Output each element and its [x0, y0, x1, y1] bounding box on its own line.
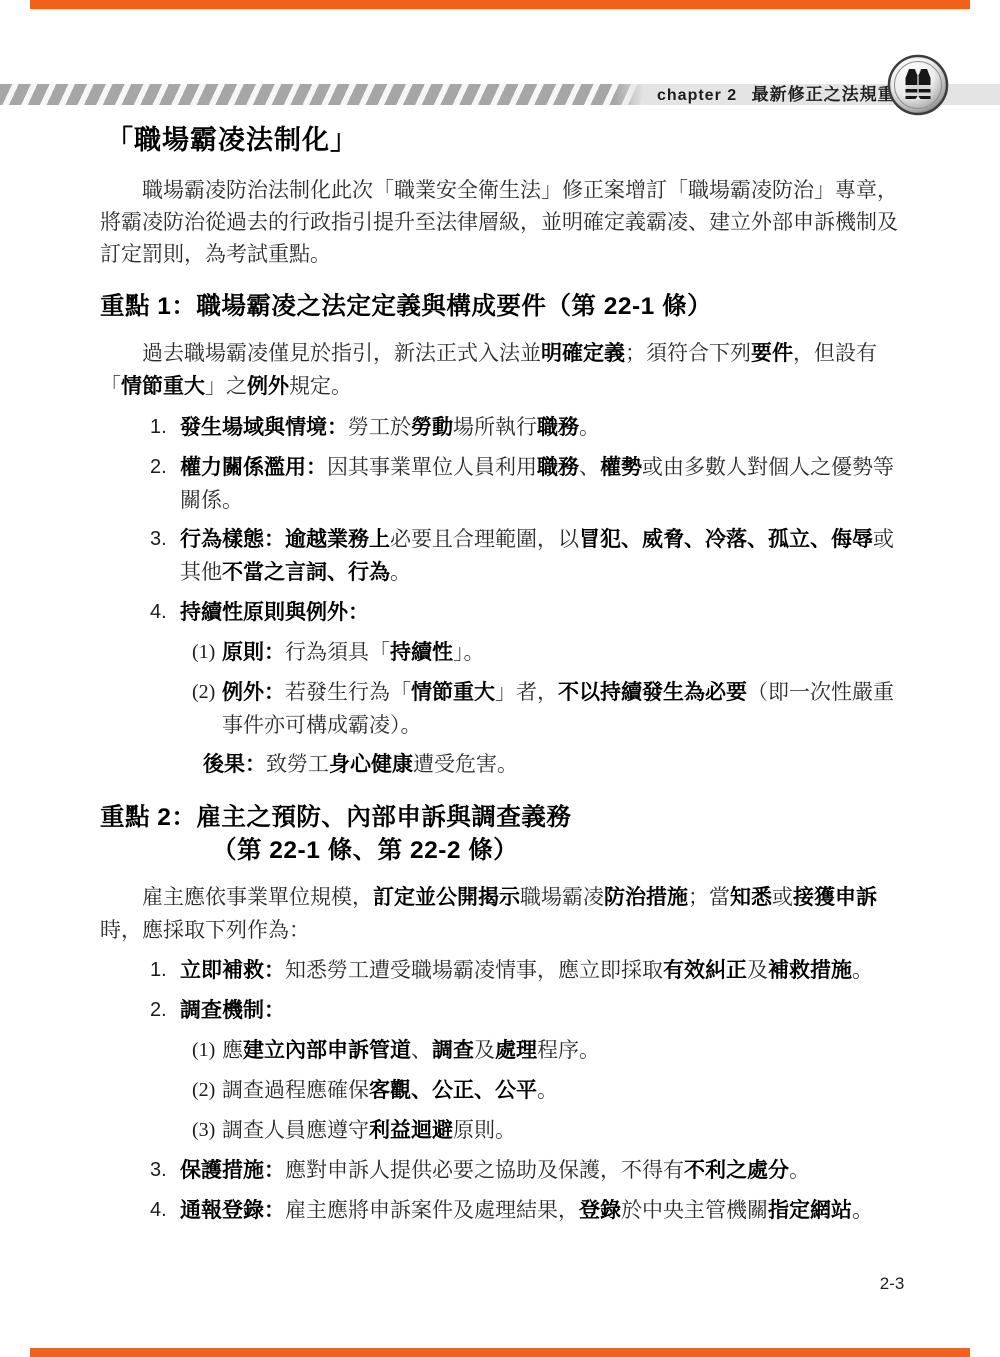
sub-list-item: (3)調查人員應遵守利益迴避原則。	[180, 1114, 902, 1147]
item-number: 4.	[150, 1194, 167, 1226]
list-item: 4.持續性原則與例外：(1)原則：行為須具「持續性」。(2)例外：若發生行為「情…	[100, 596, 902, 781]
sub-item-number: (1)	[192, 636, 215, 668]
document-body: 「職場霸凌法制化」 職場霸凌防治法制化此次「職業安全衛生法」修正案增訂「職場霸凌…	[100, 118, 902, 1234]
list-item: 3.保護措施：應對申訴人提供必要之協助及保護，不得有不利之處分。	[100, 1154, 902, 1187]
item-body: 權力關係濫用：因其事業單位人員利用職務、權勢或由多數人對個人之優勢等關係。	[180, 451, 902, 516]
sub-list-item: (1)原則：行為須具「持續性」。	[180, 636, 902, 669]
section-2-paragraph: 雇主應依事業單位規模，訂定並公開揭示職場霸凌防治措施；當知悉或接獲申訴時，應採取…	[100, 881, 902, 946]
section-1-list: 1.發生場域與情境：勞工於勞動場所執行職務。2.權力關係濫用：因其事業單位人員利…	[100, 411, 902, 781]
sub-item-text: 例外：若發生行為「情節重大」者，不以持續發生為必要（即一次性嚴重事件亦可構成霸凌…	[222, 676, 902, 741]
section-2-heading: 重點 2：雇主之預防、內部申訴與調查義務（第 22-1 條、第 22-2 條）	[100, 801, 902, 867]
sub-list-item: (2)調查過程應確保客觀、公正、公平。	[180, 1074, 902, 1107]
item-body: 行為樣態：逾越業務上必要且合理範圍，以冒犯、威脅、冷落、孤立、侮辱或其他不當之言…	[180, 523, 902, 589]
item-body: 立即補救：知悉勞工遭受職場霸凌情事，應立即採取有效糾正及補救措施。	[180, 954, 902, 987]
item-number: 2.	[150, 994, 167, 1026]
item-body: 調查機制：(1)應建立內部申訴管道、調查及處理程序。(2)調查過程應確保客觀、公…	[180, 994, 902, 1147]
item-text: 立即補救：知悉勞工遭受職場霸凌情事，應立即採取有效糾正及補救措施。	[180, 954, 902, 987]
sub-item-text: 應建立內部申訴管道、調查及處理程序。	[222, 1034, 902, 1067]
chapter-label: chapter 2	[657, 87, 737, 104]
list-item: 1.立即補救：知悉勞工遭受職場霸凌情事，應立即採取有效糾正及補救措施。	[100, 954, 902, 987]
sub-item-text: 調查過程應確保客觀、公正、公平。	[222, 1074, 902, 1107]
item-body: 保護措施：應對申訴人提供必要之協助及保護，不得有不利之處分。	[180, 1154, 902, 1187]
sub-item-number: (2)	[192, 676, 215, 708]
hatch-fade	[615, 84, 649, 105]
item-body: 持續性原則與例外：(1)原則：行為須具「持續性」。(2)例外：若發生行為「情節重…	[180, 596, 902, 781]
item-body: 通報登錄：雇主應將申訴案件及處理結果，登錄於中央主管機關指定網站。	[180, 1194, 902, 1227]
item-text: 行為樣態：逾越業務上必要且合理範圍，以冒犯、威脅、冷落、孤立、侮辱或其他不當之言…	[180, 523, 902, 589]
item-number: 3.	[150, 1154, 167, 1186]
chapter-header: chapter 2 最新修正之法規重點	[657, 84, 914, 105]
sub-item-number: (3)	[192, 1114, 215, 1146]
book-page: { "colors": { "accent": "#f2611c", "band…	[0, 0, 1000, 1357]
sub-item-number: (1)	[192, 1034, 215, 1066]
item-number: 4.	[150, 596, 167, 628]
item-text: 調查機制：	[180, 994, 902, 1027]
item-text: 通報登錄：雇主應將申訴案件及處理結果，登錄於中央主管機關指定網站。	[180, 1194, 902, 1227]
list-item: 2.權力關係濫用：因其事業單位人員利用職務、權勢或由多數人對個人之優勢等關係。	[100, 451, 902, 516]
item-text: 發生場域與情境：勞工於勞動場所執行職務。	[180, 411, 902, 444]
sub-item-number: (2)	[192, 1074, 215, 1106]
chapter-header-band: chapter 2 最新修正之法規重點	[0, 84, 1000, 105]
chapter-badge	[887, 54, 949, 116]
section-2-list: 1.立即補救：知悉勞工遭受職場霸凌情事，應立即採取有效糾正及補救措施。2.調查機…	[100, 954, 902, 1227]
sub-item-text: 原則：行為須具「持續性」。	[222, 636, 902, 669]
item-number: 3.	[150, 523, 167, 555]
hatch-pattern	[0, 84, 648, 105]
sub-list-item: (1)應建立內部申訴管道、調查及處理程序。	[180, 1034, 902, 1067]
item-number: 1.	[150, 954, 167, 986]
item-number: 2.	[150, 451, 167, 483]
safety-vest-icon	[887, 54, 949, 116]
intro-paragraph: 職場霸凌防治法制化此次「職業安全衛生法」修正案增訂「職場霸凌防治」專章，將霸凌防…	[100, 174, 902, 270]
section-1-paragraph: 過去職場霸凌僅見於指引，新法正式入法並明確定義；須符合下列要件，但設有「情節重大…	[100, 337, 902, 403]
bottom-edge-bar	[30, 1348, 970, 1357]
top-edge-bar	[30, 0, 970, 9]
sub-item-text: 調查人員應遵守利益迴避原則。	[222, 1114, 902, 1147]
item-text: 權力關係濫用：因其事業單位人員利用職務、權勢或由多數人對個人之優勢等關係。	[180, 451, 902, 516]
item-text: 保護措施：應對申訴人提供必要之協助及保護，不得有不利之處分。	[180, 1154, 902, 1187]
section-1-heading: 重點 1：職場霸凌之法定定義與構成要件（第 22-1 條）	[100, 290, 902, 323]
item-text: 持續性原則與例外：	[180, 596, 902, 629]
list-item: 3.行為樣態：逾越業務上必要且合理範圍，以冒犯、威脅、冷落、孤立、侮辱或其他不當…	[100, 523, 902, 589]
section-2-heading-line2: （第 22-1 條、第 22-2 條）	[100, 834, 902, 867]
document-title: 「職場霸凌法制化」	[106, 124, 902, 156]
consequence-note: 後果：致勞工身心健康遭受危害。	[203, 748, 902, 781]
list-item: 1.發生場域與情境：勞工於勞動場所執行職務。	[100, 411, 902, 444]
list-item: 4.通報登錄：雇主應將申訴案件及處理結果，登錄於中央主管機關指定網站。	[100, 1194, 902, 1227]
sub-list-item: (2)例外：若發生行為「情節重大」者，不以持續發生為必要（即一次性嚴重事件亦可構…	[180, 676, 902, 741]
section-2-heading-line1: 重點 2：雇主之預防、內部申訴與調查義務	[100, 804, 571, 831]
item-body: 發生場域與情境：勞工於勞動場所執行職務。	[180, 411, 902, 444]
list-item: 2.調查機制：(1)應建立內部申訴管道、調查及處理程序。(2)調查過程應確保客觀…	[100, 994, 902, 1147]
page-number: 2-3	[868, 1274, 916, 1294]
item-number: 1.	[150, 411, 167, 443]
